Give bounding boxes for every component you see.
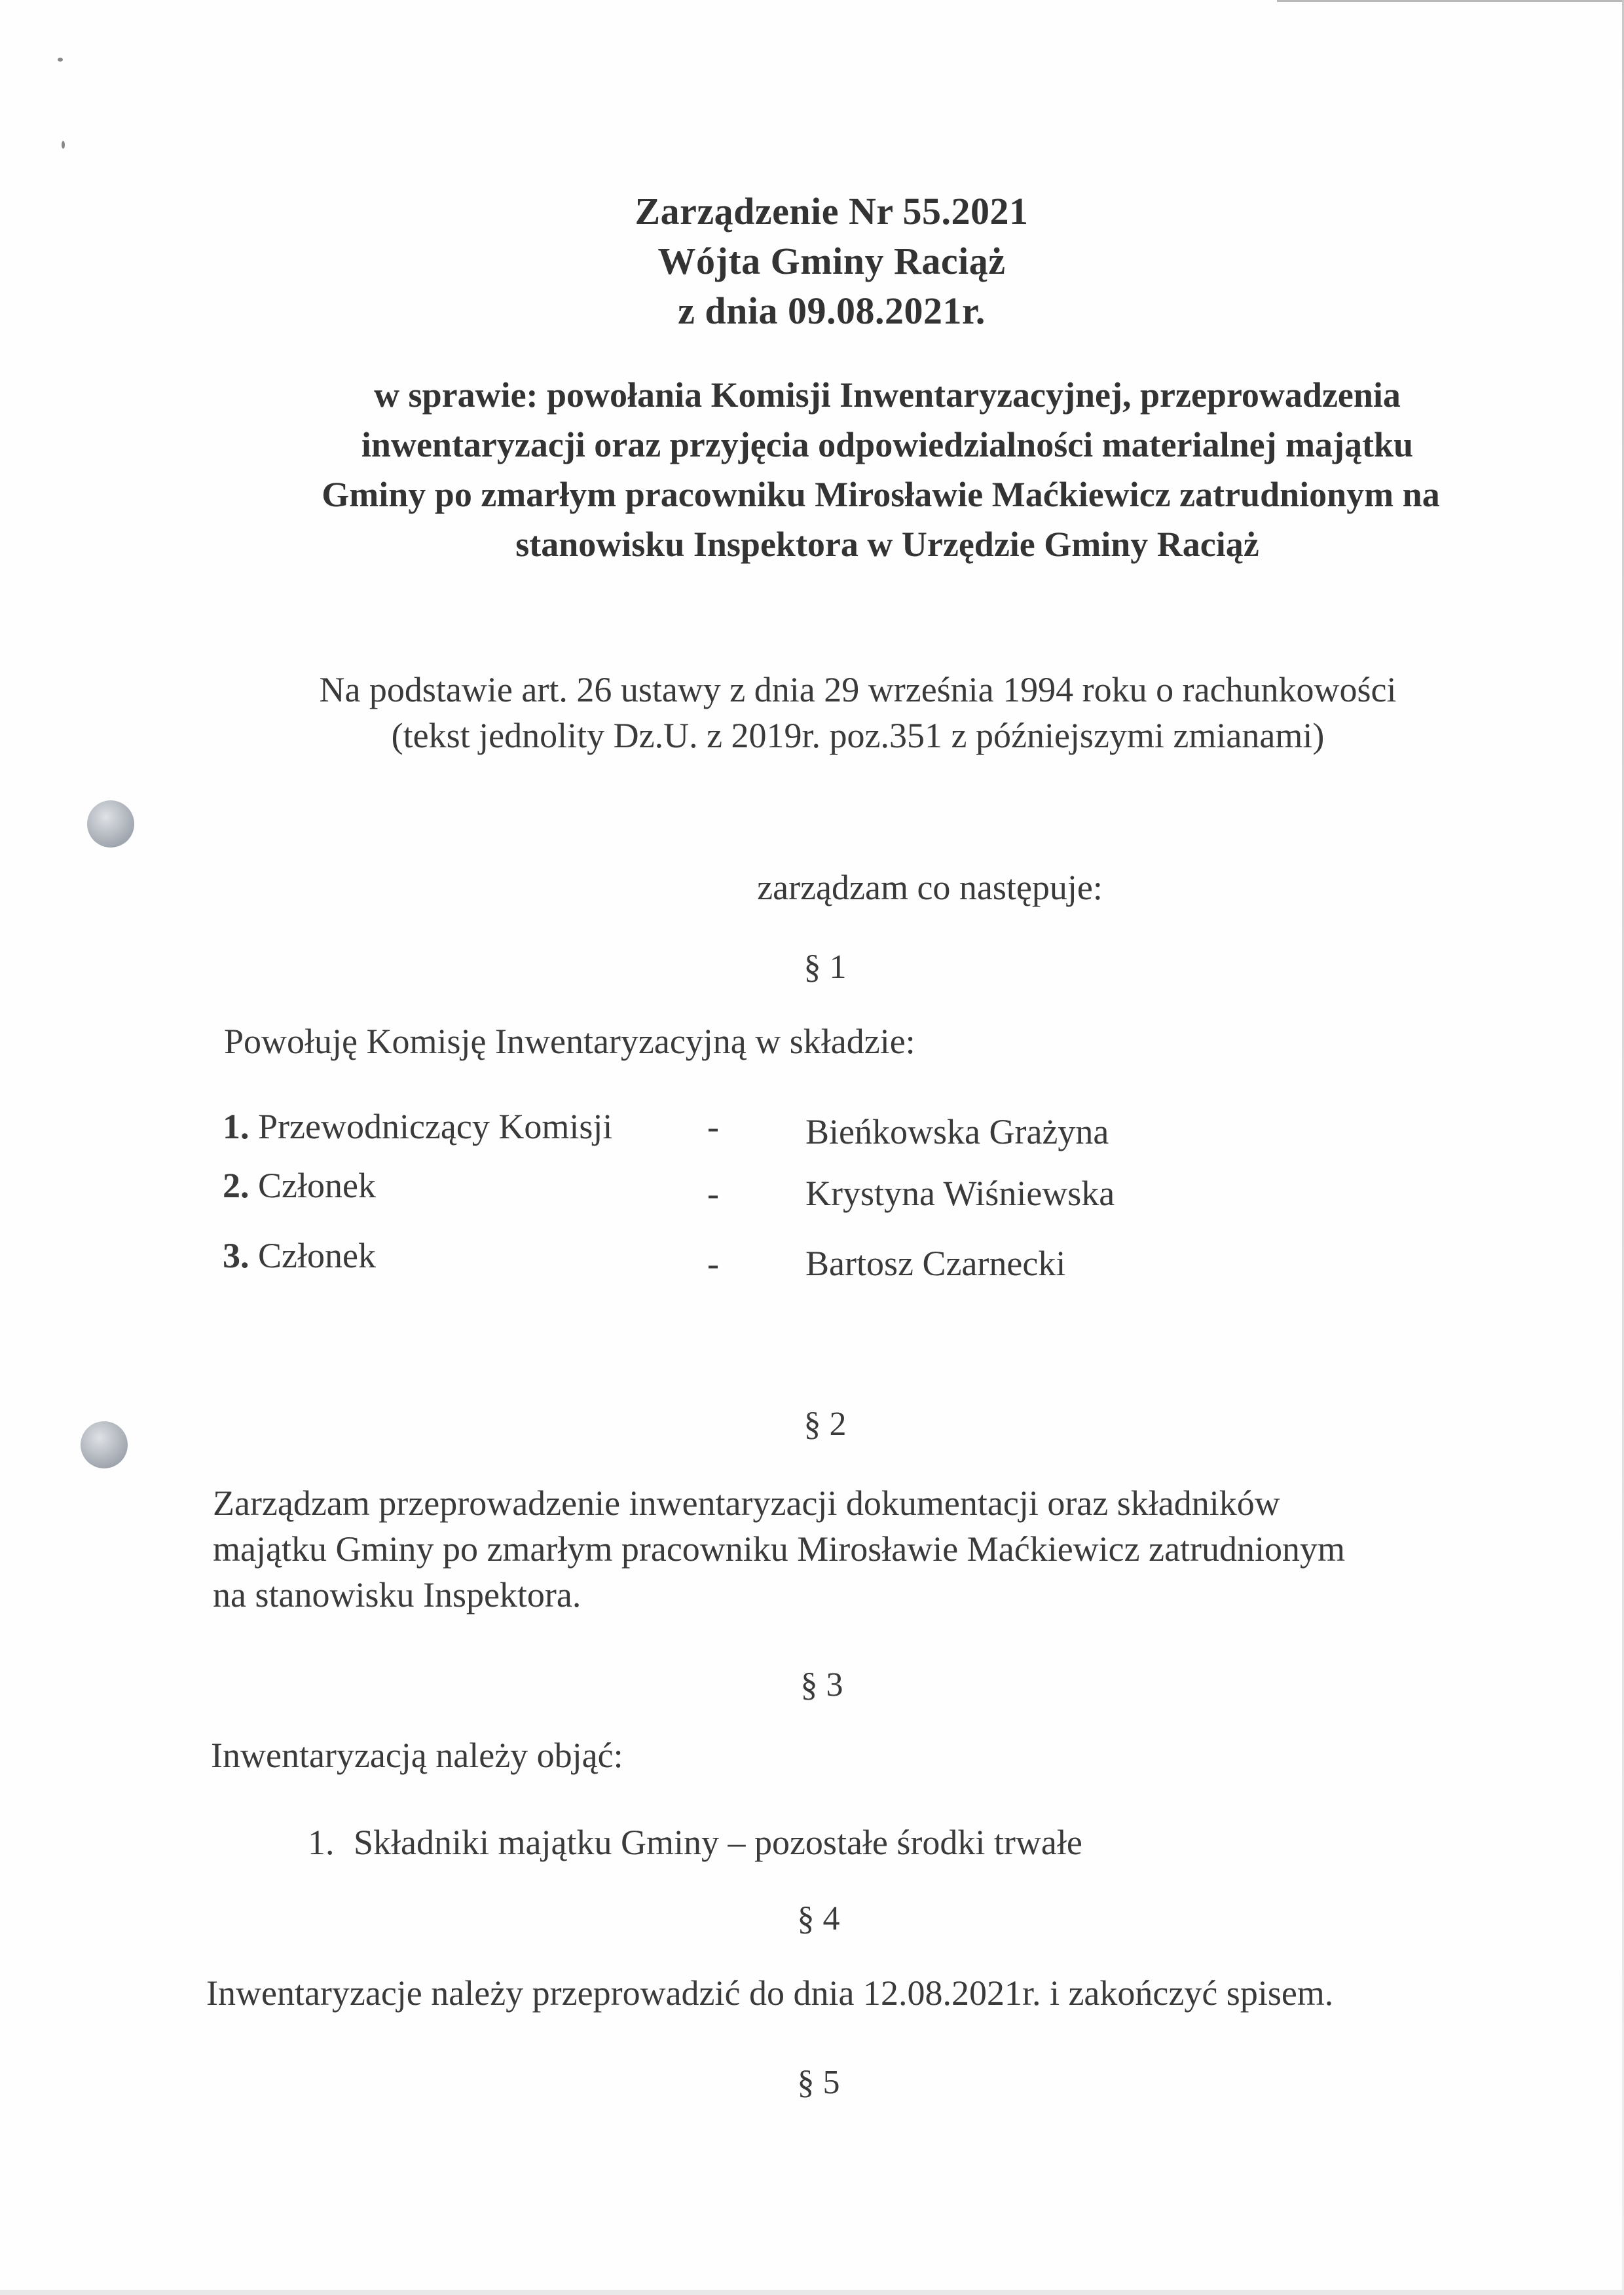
scanned-page: Zarządzenie Nr 55.2021 Wójta Gminy Racią… — [0, 0, 1624, 2295]
member-dash: - — [707, 1241, 719, 1286]
section-mark-5: § 5 — [0, 2060, 1624, 2106]
member-name: Bieńkowska Grażyna — [805, 1109, 1109, 1155]
legal-basis: Na podstawie art. 26 ustawy z dnia 29 wr… — [249, 667, 1467, 758]
member-role: Przewodniczący Komisji — [258, 1107, 612, 1146]
section-4-text: Inwentaryzacje należy przeprowadzić do d… — [206, 1970, 1333, 2016]
commission-member: 3. Członek - Bartosz Czarnecki — [223, 1233, 1270, 1278]
section-1-text: Powołuję Komisję Inwentaryzacyjną w skła… — [224, 1018, 915, 1064]
item-text: Składniki majątku Gminy – pozostałe środ… — [354, 1823, 1082, 1862]
member-name: Krystyna Wiśniewska — [805, 1170, 1115, 1216]
inventory-scope-item: 1.Składniki majątku Gminy – pozostałe śr… — [308, 1819, 1082, 1865]
document-subject: w sprawie: powołania Komisji Inwentaryza… — [275, 370, 1500, 569]
section-3-text: Inwentaryzacją należy objąć: — [211, 1732, 623, 1778]
member-role: Członek — [258, 1236, 376, 1275]
document-issuer: Wójta Gminy Raciąż — [0, 236, 1624, 286]
member-number: 2. — [223, 1166, 249, 1205]
member-dash: - — [707, 1170, 719, 1216]
punch-hole-icon — [87, 800, 134, 848]
intro-text: zarządzam co następuje: — [0, 865, 1624, 910]
item-number: 1. — [308, 1819, 354, 1865]
section-2-line: Zarządzam przeprowadzenie inwentaryzacji… — [213, 1480, 1457, 1526]
scan-edge-bottom — [0, 2290, 1624, 2295]
subject-line: Gminy po zmarłym pracowniku Mirosławie M… — [262, 470, 1500, 519]
subject-line: inwentaryzacji oraz przyjęcia odpowiedzi… — [275, 420, 1500, 470]
member-name: Bartosz Czarnecki — [805, 1241, 1065, 1286]
member-role: Członek — [258, 1166, 376, 1205]
document-title: Zarządzenie Nr 55.2021 — [0, 187, 1624, 236]
scan-edge-top — [1277, 0, 1624, 2]
legal-basis-line: (tekst jednolity Dz.U. z 2019r. poz.351 … — [249, 713, 1467, 758]
member-number: 1. — [223, 1107, 249, 1146]
commission-member: 2. Członek - Krystyna Wiśniewska — [223, 1163, 1270, 1208]
section-mark-3: § 3 — [0, 1662, 1624, 1708]
section-2-line: na stanowisku Inspektora. — [213, 1572, 1457, 1618]
section-mark-1: § 1 — [0, 944, 1624, 990]
document-header: Zarządzenie Nr 55.2021 Wójta Gminy Racią… — [0, 187, 1624, 336]
document-date: z dnia 09.08.2021r. — [0, 286, 1624, 336]
scan-speck — [62, 141, 65, 149]
subject-line: w sprawie: powołania Komisji Inwentaryza… — [275, 370, 1500, 420]
legal-basis-line: Na podstawie art. 26 ustawy z dnia 29 wr… — [249, 667, 1467, 713]
commission-member: 1. Przewodniczący Komisji - Bieńkowska G… — [223, 1104, 1270, 1149]
member-dash: - — [707, 1104, 719, 1149]
section-2-line: majątku Gminy po zmarłym pracowniku Miro… — [213, 1526, 1457, 1572]
section-2-text: Zarządzam przeprowadzenie inwentaryzacji… — [213, 1480, 1457, 1618]
member-number: 3. — [223, 1236, 249, 1275]
scan-speck — [58, 58, 63, 62]
section-mark-2: § 2 — [0, 1402, 1624, 1447]
subject-line: stanowisku Inspektora w Urzędzie Gminy R… — [275, 519, 1500, 569]
section-mark-4: § 4 — [0, 1896, 1624, 1942]
